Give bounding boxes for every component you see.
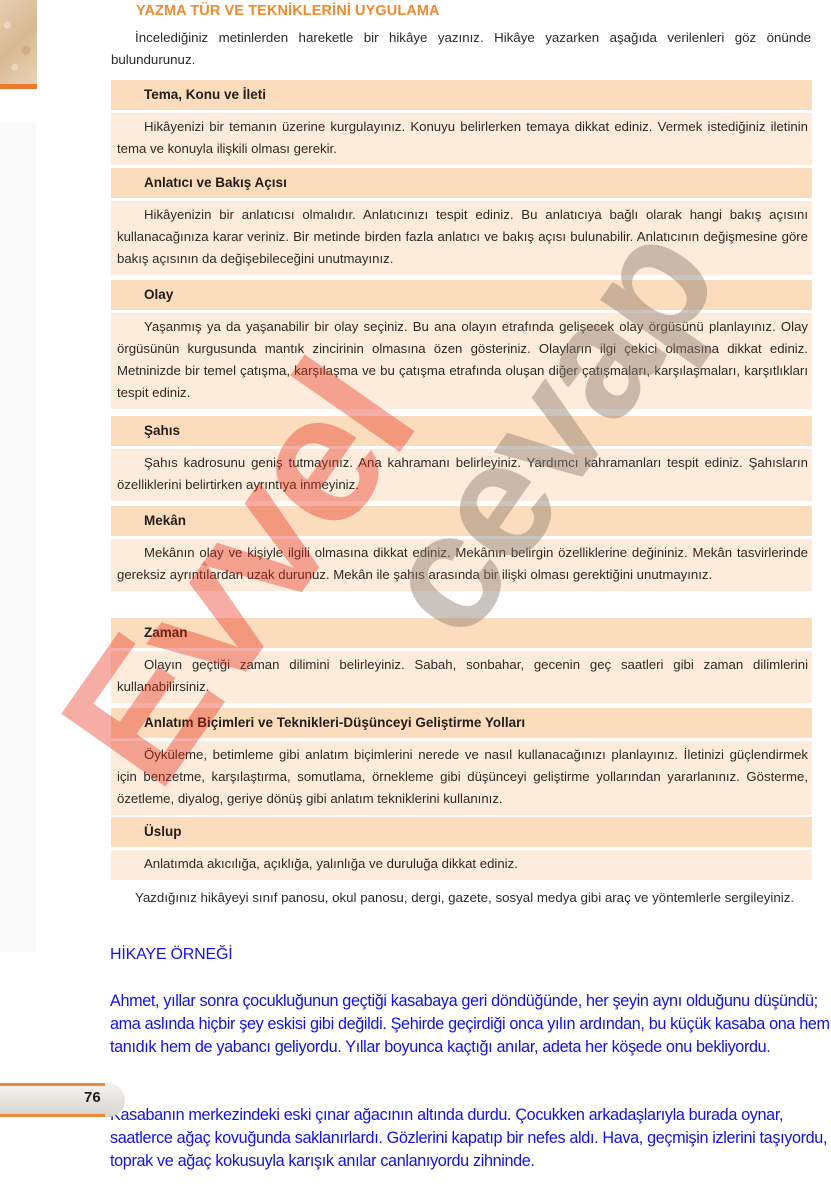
section-body: Anlatımda akıcılığa, açıklığa, yalınlığa… xyxy=(111,850,812,880)
section-heading: Zaman xyxy=(111,618,812,648)
page-margin-strip xyxy=(0,122,36,952)
story-paragraph: Ahmet, yıllar sonra çocukluğunun geçtiği… xyxy=(110,990,830,1059)
section-body: Yaşanmış ya da yaşanabilir bir olay seçi… xyxy=(111,313,812,409)
section-heading: Şahıs xyxy=(111,416,812,446)
section-anlatim-bicimleri: Anlatım Biçimleri ve Teknikleri-Düşüncey… xyxy=(111,708,812,815)
section-heading: Tema, Konu ve İleti xyxy=(111,80,812,110)
section-heading: Üslup xyxy=(111,817,812,847)
page-title: YAZMA TÜR VE TEKNİKLERİNİ UYGULAMA xyxy=(136,3,440,19)
section-mekan: Mekân Mekânın olay ve kişiyle ilgili olm… xyxy=(111,506,812,591)
story-paragraph: Kasabanın merkezindeki eski çınar ağacın… xyxy=(110,1104,830,1173)
section-body: Şahıs kadrosunu geniş tutmayınız. Ana ka… xyxy=(111,449,812,501)
intro-paragraph: İncelediğiniz metinlerden hareketle bir … xyxy=(111,27,811,71)
section-heading: Anlatım Biçimleri ve Teknikleri-Düşüncey… xyxy=(111,708,812,738)
section-body: Olayın geçtiği zaman dilimini belirleyin… xyxy=(111,651,812,703)
section-sahis: Şahıs Şahıs kadrosunu geniş tutmayınız. … xyxy=(111,416,812,501)
outro-paragraph: Yazdığınız hikâyeyi sınıf panosu, okul p… xyxy=(111,887,812,909)
corner-decoration xyxy=(0,0,37,84)
section-tema: Tema, Konu ve İleti Hikâyenizi bir teman… xyxy=(111,80,812,165)
section-heading: Anlatıcı ve Bakış Açısı xyxy=(111,168,812,198)
section-anlatici: Anlatıcı ve Bakış Açısı Hikâyenizin bir … xyxy=(111,168,812,275)
section-body: Hikâyenizi bir temanın üzerine kurgulayı… xyxy=(111,113,812,165)
story-title: HİKAYE ÖRNEĞİ xyxy=(110,946,232,964)
section-heading: Mekân xyxy=(111,506,812,536)
section-body: Mekânın olay ve kişiyle ilgili olmasına … xyxy=(111,539,812,591)
section-olay: Olay Yaşanmış ya da yaşanabilir bir olay… xyxy=(111,280,812,409)
corner-accent-bar xyxy=(0,84,37,89)
page-number-tab xyxy=(0,1083,124,1117)
section-body: Öyküleme, betimleme gibi anlatım biçimle… xyxy=(111,741,812,815)
section-body: Hikâyenizin bir anlatıcısı olmalıdır. An… xyxy=(111,201,812,275)
section-uslup: Üslup Anlatımda akıcılığa, açıklığa, yal… xyxy=(111,817,812,880)
section-heading: Olay xyxy=(111,280,812,310)
section-zaman: Zaman Olayın geçtiği zaman dilimini beli… xyxy=(111,618,812,703)
page-number: 76 xyxy=(84,1089,101,1106)
